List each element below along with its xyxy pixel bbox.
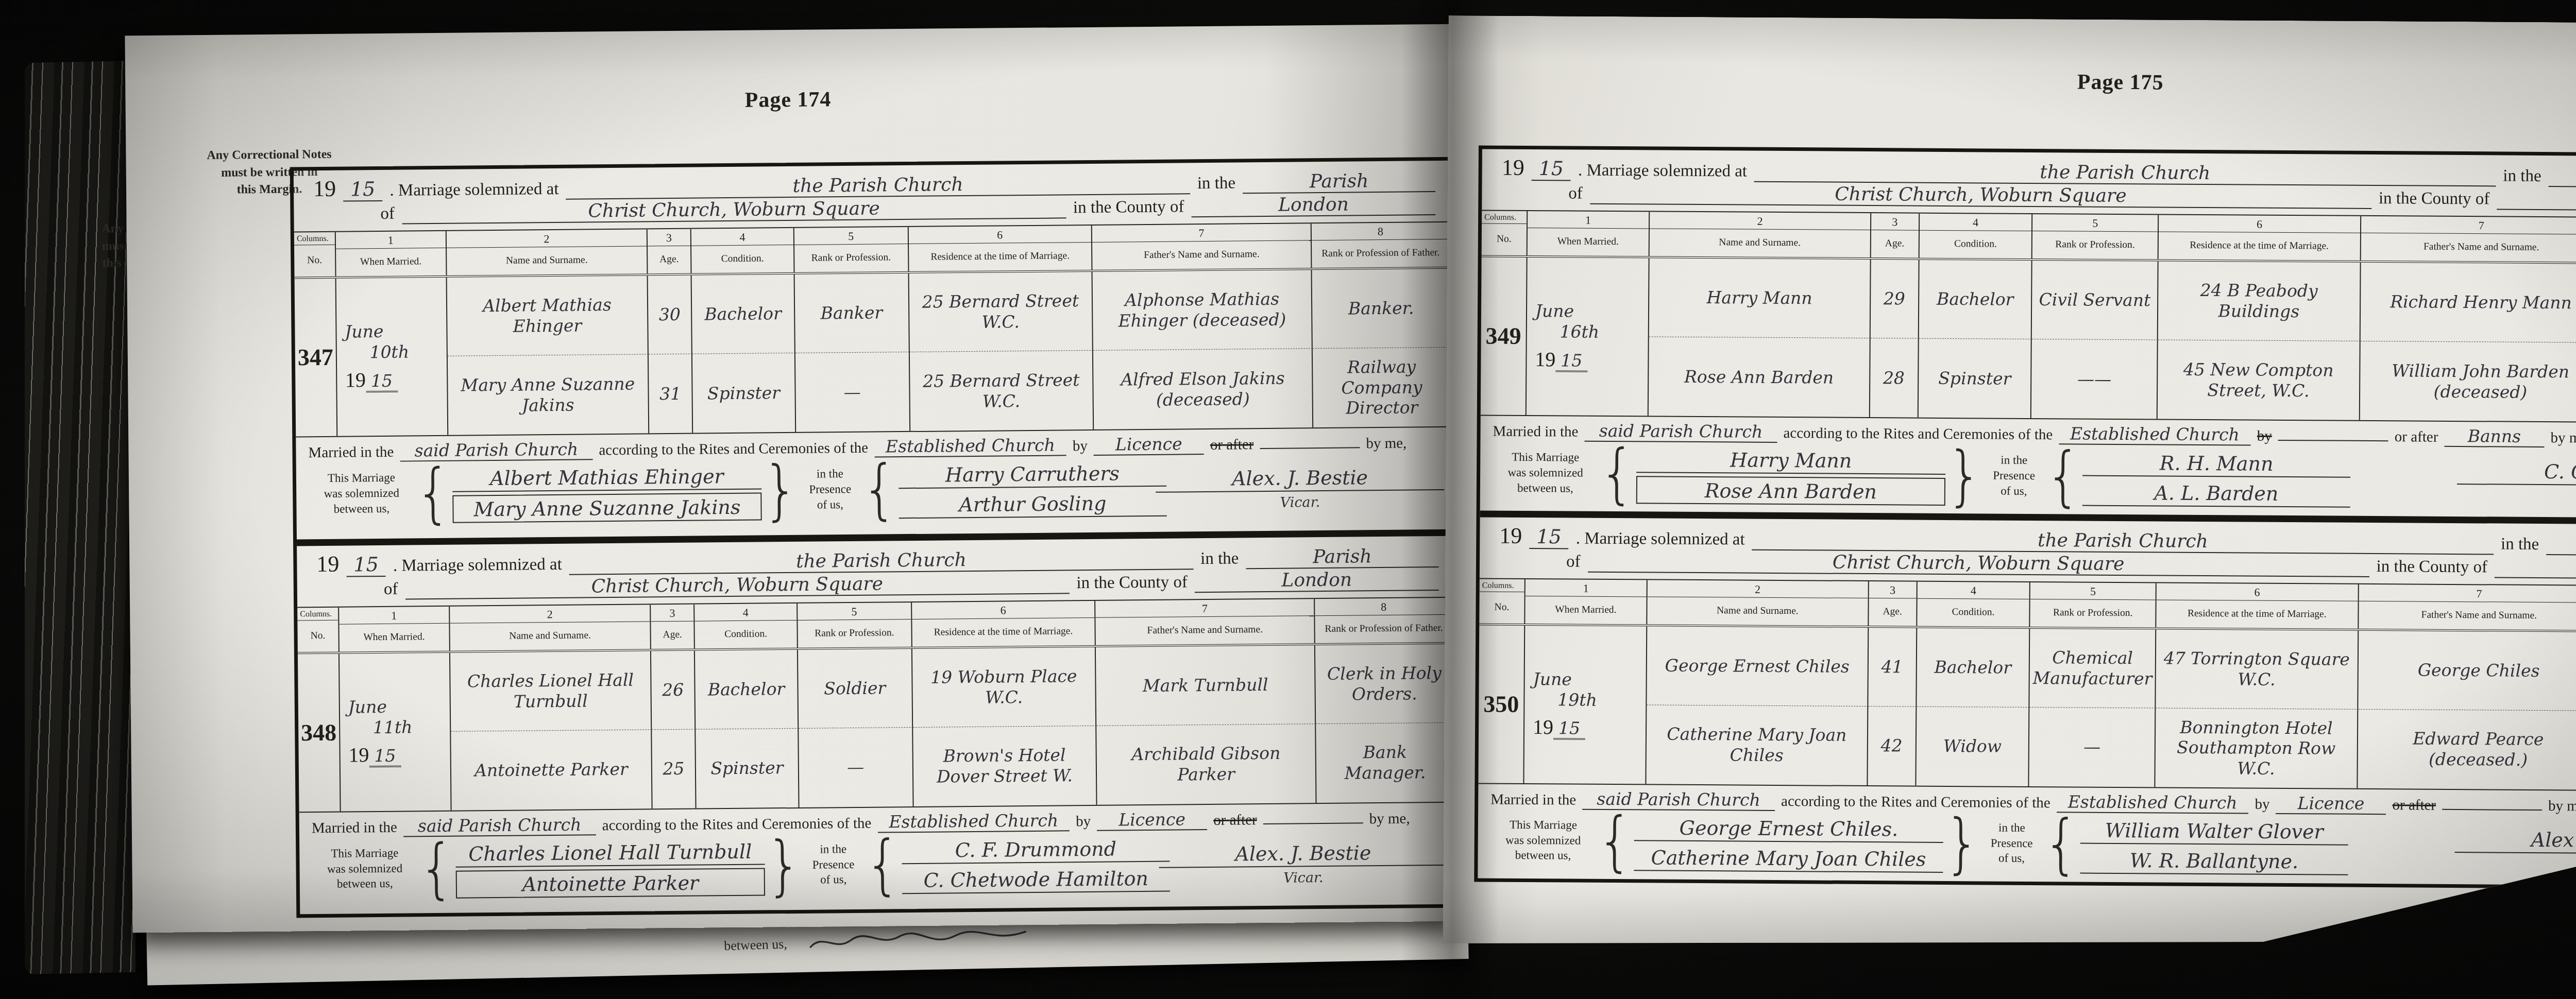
brace-close: } (762, 457, 799, 523)
bride-condition-cell: Widow (1916, 707, 2030, 786)
witness1-signature: William Walter Glover (2080, 817, 2348, 845)
groom-signature: Albert Mathias Ehinger (452, 463, 761, 492)
couple-signatures: Charles Lionel Hall Turnbull Antoinette … (455, 835, 765, 898)
record-footer: Married in the said Parish Church accord… (1480, 416, 2576, 518)
when-married-cell: June 11th 1915 (340, 652, 452, 811)
place-entry: Christ Church, Woburn Square (1590, 182, 2371, 209)
witness2-signature: A. L. Barden (2082, 479, 2350, 508)
column-header: 4Condition. (1919, 214, 2032, 259)
page-stack-left-edge (25, 61, 135, 975)
bride-condition-cell: Spinster (696, 728, 799, 808)
established-entry: Established Church (874, 435, 1066, 457)
officiant-title: Vicar. (1159, 868, 1448, 887)
groom-name-cell: Harry Mann (1649, 258, 1871, 338)
groom-signature: Charles Lionel Hall Turnbull (455, 838, 765, 867)
bride-rank-cell: — (795, 352, 910, 432)
column-header: 5Rank or Profession. (2030, 582, 2157, 627)
brace-open: { (418, 835, 455, 901)
bride-signature: Catherine Mary Joan Chiles (1634, 844, 1943, 873)
column-header-no: Columns.No. (294, 232, 336, 277)
groom-signature: Harry Mann (1636, 446, 1945, 475)
after-method-entry (2442, 808, 2542, 810)
bride-rank-cell: —— (2031, 339, 2158, 419)
column-header: 7Father's Name and Surname. (1095, 599, 1315, 645)
county-entry: London (1195, 569, 1439, 593)
month-entry: June (345, 321, 384, 342)
church-entry: the Parish Church (1754, 160, 2496, 187)
presence-label: in thePresenceof us, (803, 841, 864, 888)
column-header: 7Father's Name and Surname. (2359, 584, 2576, 630)
record-footer: Married in the said Parish Church accord… (299, 802, 1455, 914)
groom-father-rank-cell: Banker. (1312, 269, 1450, 349)
this-marriage-label: This Marriagewas solemnizedbetween us, (312, 845, 418, 892)
bride-condition-cell: Spinster (692, 353, 796, 433)
brace-open: { (2045, 443, 2082, 509)
record-footer: Married in the said Parish Church accord… (1478, 784, 2576, 886)
brace-close: } (1944, 810, 1980, 875)
column-header: 5Rank or Profession. (2032, 214, 2159, 259)
bride-signature: Rose Ann Barden (1636, 476, 1945, 506)
place-entry: Christ Church, Woburn Square (405, 572, 1069, 599)
groom-condition-cell: Bachelor (1919, 260, 2032, 339)
after-method-entry: Banns (2444, 426, 2544, 447)
column-header: 2Name and Surname. (447, 229, 648, 275)
established-entry: Established Church (2059, 423, 2251, 445)
by-me-label: by me, (1366, 435, 1406, 453)
margin-note: Any Correctional Notes must be written i… (2552, 83, 2576, 139)
groom-name-cell: George Ernest Chiles (1647, 626, 1869, 707)
bride-father-cell: William John Barden (deceased) (2360, 341, 2576, 422)
record-header: 1915 . Marriage solemnized at the Parish… (1480, 517, 2576, 585)
after-method-entry (1260, 447, 1360, 449)
witness2-signature: C. Chetwode Hamilton (902, 865, 1170, 894)
record-rows: 347 June 10th 1915 Albert Mathias Ehinge… (295, 269, 1451, 438)
groom-age-cell: 26 (651, 650, 696, 730)
officiant-signature-block: Alex. J. Bestie Vicar. (1159, 835, 1448, 887)
column-headers: Columns.No.1When Married.2Name and Surna… (1482, 210, 2576, 265)
marriage-record-349: 1915 . Marriage solemnized at the Parish… (1480, 149, 2576, 518)
parish-entry: Parish (1243, 170, 1435, 194)
bride-condition-cell: Spinster (1918, 339, 2032, 418)
county-entry: London (2495, 556, 2576, 579)
or-after-label: or after (1210, 436, 1254, 454)
column-header: 6Residence at the time of Marriage. (2156, 583, 2359, 628)
bride-name-cell: Mary Anne Suzanne Jakins (448, 354, 649, 435)
groom-condition-cell: Bachelor (1917, 628, 2030, 707)
bride-signature: Mary Anne Suzanne Jakins (452, 493, 761, 523)
column-header: 2Name and Surname. (450, 605, 651, 650)
this-marriage-label: This Marriagewas solemnizedbetween us, (309, 470, 415, 517)
column-header: 1When Married. (1528, 211, 1650, 256)
column-headers: Columns.No.1When Married.2Name and Surna… (1479, 578, 2576, 633)
column-header: 3Age. (1871, 213, 1919, 258)
county-of-label: in the County of (1073, 197, 1184, 217)
column-header: 6Residence at the time of Marriage. (2159, 215, 2361, 260)
when-married-cell: June 19th 1915 (1524, 625, 1647, 783)
column-header: 4Condition. (691, 228, 794, 273)
groom-condition-cell: Bachelor (692, 274, 795, 354)
column-header: 3Age. (1869, 581, 1917, 626)
by-method-entry: Licence (1097, 808, 1207, 831)
married-in-label: Married in the (308, 444, 394, 461)
of-label: of (380, 204, 395, 223)
groom-signature: George Ernest Chiles. (1634, 814, 1943, 843)
column-header: 5Rank or Profession. (798, 602, 912, 647)
brace-close: } (766, 832, 802, 898)
bride-father-cell: Edward Pearce (deceased.) (2358, 709, 2576, 789)
column-header: 4Condition. (694, 603, 798, 648)
page-number-heading: Page 174 (125, 82, 1450, 118)
page-175: Page 175 Any Correctional Notes must be … (1443, 15, 2576, 952)
parish-entry: Parish (2546, 533, 2576, 556)
record-header: 1915 . Marriage solemnized at the Parish… (297, 536, 1452, 607)
witness2-signature: W. R. Ballantyne. (2080, 847, 2348, 875)
record-header: 1915 . Marriage solemnized at the Parish… (1482, 149, 2576, 217)
couple-signatures: George Ernest Chiles. Catherine Mary Joa… (1634, 811, 1943, 873)
officiant-title: Vicar. (1156, 493, 1444, 512)
bride-name-cell: Antoinette Parker (451, 730, 652, 810)
established-entry: Established Church (2057, 791, 2249, 814)
entry-number-cell: 349 (1481, 257, 1528, 415)
brace-open: { (2043, 811, 2079, 876)
groom-residence-cell: 24 B Peabody Buildings (2158, 261, 2361, 341)
church-entry: the Parish Church (1752, 528, 2494, 555)
when-married-cell: June 10th 1915 (336, 278, 448, 436)
witness-signatures: William Walter Glover W. R. Ballantyne. (2080, 814, 2348, 875)
county-entry: London (1191, 193, 1435, 217)
by-label: by (1073, 438, 1088, 455)
after-method-entry (1263, 822, 1363, 824)
year-handwritten: 15 (343, 178, 383, 202)
witness1-signature: C. F. Drummond (902, 835, 1170, 864)
column-header: 3Age. (651, 604, 695, 649)
brace-open: { (861, 456, 898, 522)
entry-number-cell: 348 (298, 653, 341, 812)
between-us-fragment: between us, (724, 936, 788, 954)
column-header: 2Name and Surname. (1650, 212, 1871, 257)
bride-rank-cell: — (2029, 707, 2156, 786)
rites-label: according to the Rites and Ceremonies of… (599, 440, 868, 459)
solemnized-at-label: . Marriage solemnized at (389, 180, 558, 200)
year-printed: 19 (313, 176, 336, 202)
by-method-entry: Licence (1094, 434, 1204, 456)
witness-signatures: R. H. Mann A. L. Barden (2082, 446, 2351, 508)
officiant-signature-block: Alex. J. Bestie Vicar. (1156, 460, 1445, 512)
bride-age-cell: 31 (649, 354, 693, 434)
column-header: 6Residence at the time of Marriage. (908, 226, 1092, 271)
officiant-signature-block: Alex. J. Bestie Vicar (2454, 823, 2576, 873)
entry-number-cell: 350 (1478, 625, 1525, 783)
officiant-title: Vicar (2454, 856, 2576, 873)
bride-name-cell: Catherine Mary Joan Chiles (1646, 705, 1868, 785)
place-entry: Christ Church, Woburn Square (1587, 550, 2369, 577)
bride-father-rank-cell: Bank Manager. (1316, 722, 1454, 802)
church-entry: the Parish Church (569, 547, 1194, 575)
column-header: 7Father's Name and Surname. (1092, 223, 1312, 270)
register-book-photo: Any Correctional Notes must be written i… (0, 0, 2576, 999)
groom-rank-cell: Banker (794, 273, 909, 353)
groom-father-cell: Mark Turnbull (1096, 645, 1316, 726)
parish-entry: Parish (2549, 165, 2576, 188)
column-header: 2Name and Surname. (1647, 580, 1869, 626)
marriage-record-347: 1915 . Marriage solemnized at the Parish… (294, 161, 1452, 539)
officiant-title (2457, 488, 2576, 489)
column-header: 6Residence at the time of Marriage. (912, 600, 1096, 646)
groom-age-cell: 41 (1868, 628, 1917, 707)
groom-residence-cell: 19 Woburn Place W.C. (912, 647, 1097, 727)
brace-open: { (1597, 808, 1633, 873)
presence-label: in thePresenceof us, (1984, 453, 2045, 499)
place-entry: Christ Church, Woburn Square (402, 196, 1066, 224)
marriage-record-348: 1915 . Marriage solemnized at the Parish… (297, 529, 1455, 914)
column-header: 8Rank or Profession of Father. (1312, 222, 1450, 268)
groom-father-cell: Alphonse Mathias Ehinger (deceased) (1093, 270, 1313, 351)
officiant-signature: Alex. J. Bestie (1156, 463, 1444, 493)
brace-open: { (865, 831, 901, 897)
bride-rank-cell: — (799, 727, 913, 807)
presence-label: in thePresenceof us, (800, 466, 861, 513)
witness-signatures: Harry Carruthers Arthur Gosling (899, 457, 1167, 519)
this-marriage-label: This Marriagewas solemnizedbetween us, (1490, 817, 1596, 864)
column-header: 8Rank or Profession of Father. (1315, 597, 1453, 643)
record-rows: 349 June 16th 1915 Harry Mann 29 Bachelo… (1481, 257, 2576, 423)
column-header-no: Columns.No. (1482, 211, 1528, 255)
column-header: 3Age. (648, 229, 692, 274)
bride-signature: Antoinette Parker (456, 868, 765, 898)
bride-residence-cell: Brown's Hotel Dover Street W. (913, 726, 1097, 806)
officiant-signature: C. C. Davis. (2457, 458, 2576, 486)
record-footer: Married in the said Parish Church accord… (296, 427, 1452, 539)
bride-father-cell: Alfred Elson Jakins (deceased) (1093, 349, 1313, 429)
marriage-record-350: 1915 . Marriage solemnized at the Parish… (1478, 510, 2576, 886)
column-header: 7Father's Name and Surname. (2361, 216, 2576, 262)
church-entry: the Parish Church (566, 172, 1190, 200)
when-married-cell: June 16th 1915 (1527, 257, 1650, 416)
bride-father-cell: Archibald Gibson Parker (1096, 724, 1316, 805)
groom-father-cell: Richard Henry Mann (2360, 263, 2576, 343)
bride-residence-cell: Bonnington Hotel Southampton Row W.C. (2155, 708, 2358, 788)
county-entry: London (2497, 187, 2576, 211)
groom-name-cell: Charles Lionel Hall Turnbull (450, 651, 652, 731)
bride-name-cell: Rose Ann Barden (1649, 337, 1871, 417)
by-method-entry: Licence (2276, 793, 2386, 814)
column-header: 5Rank or Profession. (794, 227, 909, 272)
column-header: 1When Married. (339, 606, 450, 651)
in-the-label: in the (1197, 174, 1236, 193)
brace-open: { (415, 460, 452, 526)
bride-residence-cell: 25 Bernard Street W.C. (910, 351, 1094, 431)
bride-age-cell: 42 (1868, 707, 1917, 786)
by-method-entry (2278, 440, 2388, 441)
groom-rank-cell: Chemical Manufacturer (2030, 628, 2156, 708)
witness-signatures: C. F. Drummond C. Chetwode Hamilton (902, 832, 1170, 894)
established-entry: Established Church (877, 810, 1070, 833)
register-table: 1915 . Marriage solemnized at the Parish… (290, 157, 1459, 918)
register-table: 1915 . Marriage solemnized at the Parish… (1474, 145, 2576, 889)
column-header: 1When Married. (1525, 579, 1648, 624)
bride-father-rank-cell: Railway Company Director (1313, 348, 1451, 427)
presence-label: in thePresenceof us, (1981, 820, 2042, 866)
day-entry: 10th (369, 341, 409, 362)
officiant-signature-block: C. C. Davis. (2457, 455, 2576, 489)
bride-age-cell: 28 (1870, 338, 1919, 418)
record-header: 1915 . Marriage solemnized at the Parish… (294, 161, 1449, 232)
witness1-signature: Harry Carruthers (899, 460, 1166, 489)
page-number-heading: Page 175 (1448, 66, 2576, 99)
page-174: Page 174 Any Correctional Notes must be … (125, 24, 1458, 933)
groom-age-cell: 29 (1870, 260, 1919, 339)
groom-age-cell: 30 (648, 275, 693, 355)
groom-residence-cell: 25 Bernard Street W.C. (909, 272, 1093, 352)
couple-signatures: Albert Mathias Ehinger Mary Anne Suzanne… (452, 460, 762, 523)
groom-rank-cell: Soldier (798, 648, 913, 728)
record-rows: 350 June 19th 1915 George Ernest Chiles … (1478, 625, 2576, 791)
entry-number-cell: 347 (295, 279, 337, 437)
column-header: 4Condition. (1917, 581, 2030, 626)
groom-residence-cell: 47 Torrington Square W.C. (2156, 629, 2359, 709)
parish-entry: Parish (1246, 545, 1438, 569)
groom-condition-cell: Bachelor (695, 649, 799, 729)
bride-residence-cell: 45 New Compton Street, W.C. (2158, 340, 2361, 420)
witness2-signature: Arthur Gosling (899, 490, 1166, 519)
groom-rank-cell: Civil Servant (2032, 261, 2158, 340)
brace-open: { (1599, 441, 1636, 506)
groom-name-cell: Albert Mathias Ehinger (447, 275, 648, 356)
column-header: 1When Married. (335, 231, 447, 277)
this-marriage-label: This Marriagewas solemnizedbetween us, (1493, 450, 1599, 496)
bride-age-cell: 25 (652, 729, 697, 808)
officiant-signature: Alex. J. Bestie (1159, 838, 1447, 868)
witness1-signature: R. H. Mann (2082, 450, 2350, 478)
groom-father-cell: George Chiles (2358, 630, 2576, 711)
couple-signatures: Harry Mann Rose Ann Barden (1636, 443, 1946, 506)
column-header-no: Columns.No. (1479, 579, 1525, 624)
officiant-signature: Alex. J. Bestie (2455, 826, 2576, 854)
brace-close: } (1946, 443, 1983, 508)
record-rows: 348 June 11th 1915 Charles Lionel Hall T… (298, 644, 1454, 813)
column-header-no: Columns.No. (297, 607, 339, 652)
groom-father-rank-cell: Clerk in Holy Orders. (1315, 644, 1453, 724)
